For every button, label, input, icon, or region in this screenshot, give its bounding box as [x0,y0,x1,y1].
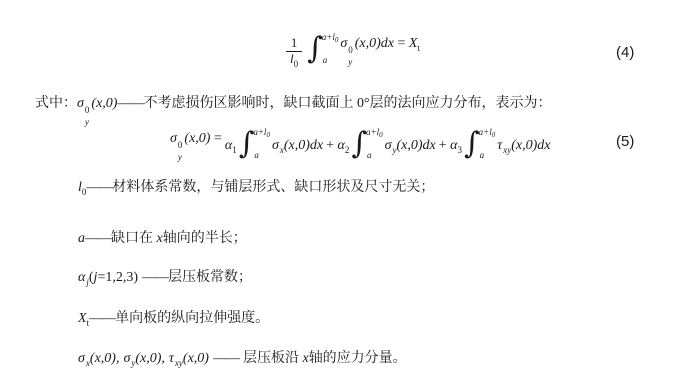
sigma-symbol: σ [385,138,392,153]
alpha-symbol: α [450,138,457,153]
eq5-term2-integrand: σy(x,0)dx [385,138,436,154]
sigma-supsub: 0y [85,106,90,127]
integral-group: ∫ a+l0 a [464,130,495,162]
upper-limit: a+l0 [366,128,383,137]
equation-5: σ0y(x,0) = α1 ∫ a+l0 a σx(x,0)dx + α2 ∫ … [170,127,551,165]
integrand-args: (x,0)dx [511,138,550,153]
sigma-superscript: 0 [178,141,183,150]
alpha-symbol: α [338,138,345,153]
sigma-symbol: σ [170,131,177,146]
strength-subscript: t [417,43,420,53]
upper-limit-sub: 0 [266,131,270,139]
em-dash: —— [117,96,143,111]
sigma-subscript: y [393,145,397,155]
sigma-args: (x,0) [91,96,117,111]
l-subscript: 0 [82,187,87,197]
integral-group: ∫ a+l0 a [239,130,270,162]
integrand-args: (x,0)dx [284,138,323,153]
upper-limit-base: a+l [479,127,492,137]
integral-group: ∫ a+l0 a [351,130,382,162]
em-dash: —— [85,231,111,246]
definition-stress-components: σx(x,0),σy(x,0),τxy(x,0)——层压板沿 x轴的应力分量。 [78,347,407,367]
lower-limit: a [479,151,496,160]
integral-icon: ∫ [239,129,255,159]
definition-text: 材料体系常数，与铺层形式、缺口形状及尺寸无关； [112,180,434,195]
fraction-numerator: 1 [287,36,302,51]
alpha-subscript: 3 [458,145,463,155]
eq5-term3-coef: + α3 [439,138,462,154]
paren-rest: =1,2,3) [97,270,138,285]
integral-limits: a+l0 a [253,128,270,160]
definition-text: 单向板的纵向拉伸强度。 [115,311,269,326]
sigma-symbol: σ [272,138,279,153]
em-dash: —— [213,351,239,366]
sigma-supsub: 0y [348,46,353,67]
integral-group: ∫ a+l0 a [307,35,338,67]
eq5-term3-integrand: τxy(x,0)dx [497,138,550,154]
sigma-x-subscript: x [86,358,90,368]
sigma-superscript: 0 [85,106,90,115]
tau-symbol: τ [497,138,502,153]
sigma-subscript: x [280,145,284,155]
strength-symbol: X [78,311,87,326]
sigma-symbol: σ [78,351,85,366]
definition-xt: Xt——单向板的纵向拉伸强度。 [78,307,269,327]
alpha-subscript: 2 [345,145,350,155]
lower-limit: a [322,56,339,65]
plus-sign: + [326,138,334,153]
eq5-term1-coef: α1 [225,138,237,154]
tau-subscript: xy [175,358,183,368]
sigma-symbol: σ [123,351,130,366]
where-text: 不考虑损伤区影响时，缺口截面上 0°层的法向应力分布，表示为： [143,96,551,111]
sigma-subscript: y [178,153,182,162]
sigma-supsub: 0y [178,141,183,162]
where-prefix: 式中： [35,96,77,111]
integral-limits: a+l0 a [366,128,383,160]
alpha-subscript: 1 [232,145,237,155]
tau-subscript: xy [503,145,511,155]
tau-args: (x,0) [183,351,209,366]
fraction-denominator: l0 [286,51,302,67]
plus-sign: + [439,138,447,153]
definition-text: 层压板常数； [168,270,252,285]
sigma-y-args: (x,0), [135,351,165,366]
document-page: 1 l0 ∫ a+l0 a σ0y(x,0)dx = Xt (4) 式中：σ0y… [0,0,694,369]
strength-subscript: t [87,318,90,328]
integral-icon: ∫ [464,129,480,159]
upper-limit-base: a+l [366,127,379,137]
equation-4: 1 l0 ∫ a+l0 a σ0y(x,0)dx = Xt [286,31,420,71]
eq5-lhs: σ0y(x,0) = [170,131,222,162]
lower-limit: a [253,151,270,160]
integrand-args: (x,0)dx [355,36,394,51]
definition-alpha: αj(j=1,2,3)——层压板常数； [78,266,252,286]
equals-sign: = [214,131,222,146]
integral-limits: a+l0 a [322,33,339,65]
sigma-symbol: σ [340,36,347,51]
alpha-subscript: j [86,277,89,287]
sigma-symbol: σ [77,96,84,111]
lower-limit: a [366,151,383,160]
upper-limit-sub: 0 [335,36,339,44]
em-dash: —— [89,311,115,326]
definition-text: 轴向的半长； [163,231,247,246]
sigma-subscript: y [348,58,352,67]
upper-limit-sub: 0 [379,131,383,139]
tau-symbol: τ [169,351,174,366]
equals-sign: = [398,36,406,51]
alpha-symbol: α [78,270,85,285]
em-dash: —— [142,270,168,285]
sigma-superscript: 0 [348,46,353,55]
fraction-one-over-l0: 1 l0 [286,36,302,67]
lhs-args: (x,0) [184,131,210,146]
upper-limit: a+l0 [322,33,339,42]
integrand-args: (x,0)dx [397,138,436,153]
integral-limits: a+l0 a [479,128,496,160]
a-symbol: a [78,231,85,246]
upper-limit: a+l0 [253,128,270,137]
sigma-x-args: (x,0), [90,351,120,366]
eq5-term1-integrand: σx(x,0)dx [272,138,323,154]
l-subscript: 0 [294,59,299,69]
definition-text: 轴的应力分量。 [309,351,407,366]
upper-limit-base: a+l [253,127,266,137]
definition-a: a——缺口在 x轴向的半长； [78,227,247,247]
integral-icon: ∫ [351,129,367,159]
em-dash: —— [86,180,112,195]
eq5-term2-coef: + α2 [326,138,349,154]
upper-limit-sub: 0 [492,131,496,139]
definition-l0: l0——材料体系常数，与铺层形式、缺口形状及尺寸无关； [78,176,434,196]
equation-5-number: (5) [616,133,634,150]
upper-limit: a+l0 [479,128,496,137]
definition-text: 层压板沿 [243,351,303,366]
integrand-expression: σ0y(x,0)dx = Xt [340,36,420,67]
upper-limit-base: a+l [322,32,335,42]
equation-4-number: (4) [616,44,634,61]
sigma-subscript: y [85,118,89,127]
integral-icon: ∫ [307,34,323,64]
sigma-y-subscript: y [131,358,135,368]
where-clause-line: 式中：σ0y(x,0)——不考虑损伤区影响时，缺口截面上 0°层的法向应力分布，… [35,92,552,127]
definition-text: 缺口在 [111,231,157,246]
